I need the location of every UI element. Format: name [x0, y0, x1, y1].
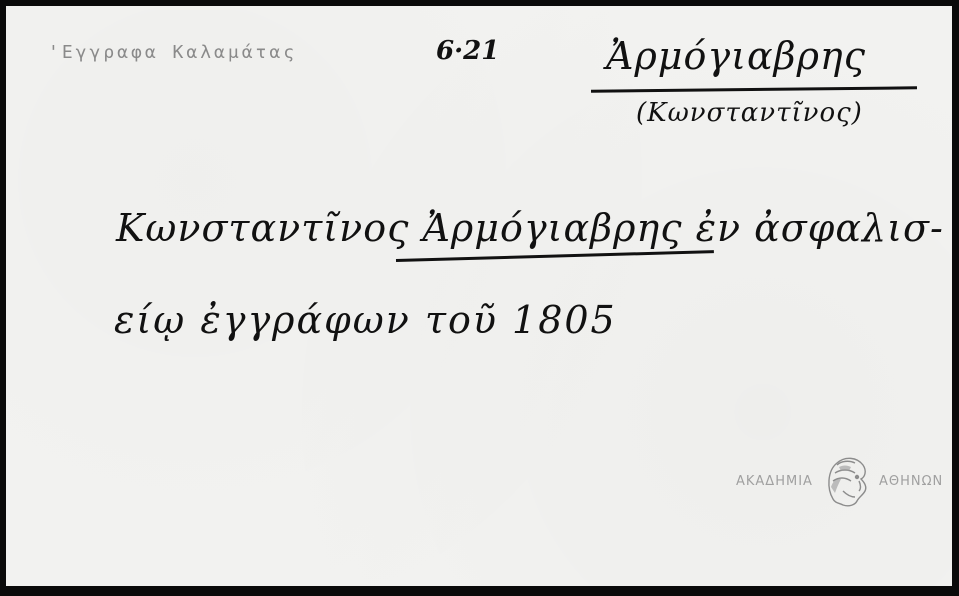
- body-line-1-rest: ἐν ἀσφαλισ-: [696, 206, 944, 250]
- body-surname-underline: [396, 250, 714, 262]
- index-card: 'Εγγραφα Καλαμάτας 6·21 Ἀρμόγιαβρης (Κων…: [6, 6, 952, 586]
- typed-header-text: 'Εγγραφα Καλαμάτας: [48, 42, 297, 63]
- scan-frame: 'Εγγραφα Καλαμάτας 6·21 Ἀρμόγιαβρης (Κων…: [0, 0, 959, 596]
- watermark-right-text: ΑΘΗΝΩΝ: [879, 474, 943, 489]
- watermark-left-text: ΑΚΑΔΗΜΙΑ: [736, 474, 813, 489]
- typed-header: 'Εγγραφα Καλαμάτας: [48, 42, 297, 63]
- reference-number: 6·21: [436, 36, 499, 66]
- body-surname-underlined: Ἀρμόγιαβρης: [422, 206, 682, 250]
- surname-heading: Ἀρμόγιαβρης: [606, 34, 866, 78]
- body-first-name: Κωνσταντῖνος: [116, 206, 409, 250]
- academy-watermark: ΑΚΑΔΗΜΙΑ ΑΘΗΝΩΝ: [736, 451, 943, 511]
- body-line-1: Κωνσταντῖνος Ἀρμόγιαβρης ἐν ἀσφαλισ-: [116, 206, 944, 250]
- given-name: (Κωνσταντῖνος): [636, 98, 863, 128]
- body-line-2: είῳ ἐγγράφων τοῦ 1805: [114, 298, 617, 342]
- surname-underline: [591, 86, 917, 92]
- athena-head-icon: [821, 451, 871, 511]
